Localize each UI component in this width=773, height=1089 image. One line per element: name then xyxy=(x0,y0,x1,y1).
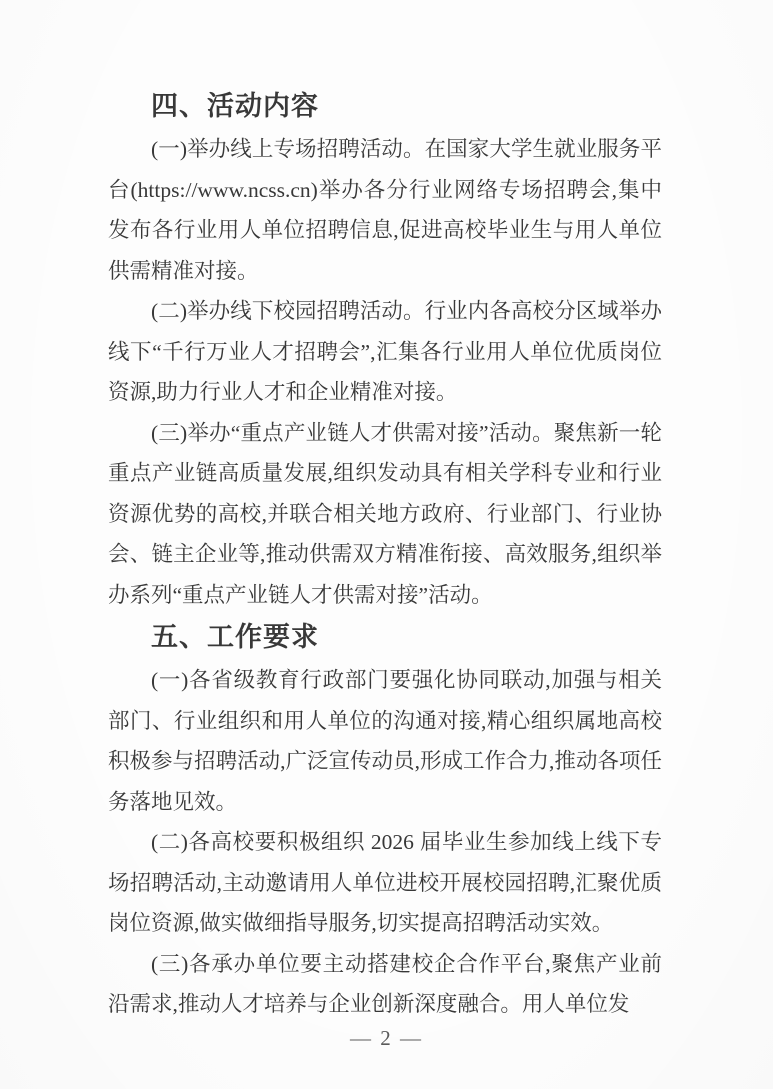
page-number: — 2 — xyxy=(0,1026,773,1051)
para-offline-campus-recruitment: (二)举办线下校园招聘活动。行业内各高校分区域举办线下“千行万业人才招聘会”,汇… xyxy=(108,291,662,413)
section-heading-activity-content: 四、活动内容 xyxy=(151,84,662,129)
document-body: 四、活动内容 (一)举办线上专场招聘活动。在国家大学生就业服务平台(https:… xyxy=(108,84,662,1025)
para-online-special-job-fairs: (一)举办线上专场招聘活动。在国家大学生就业服务平台(https://www.n… xyxy=(108,129,662,291)
para-organizers-school-enterprise-platform: (三)各承办单位要主动搭建校企合作平台,聚焦产业前沿需求,推动人才培养与企业创新… xyxy=(108,944,662,1025)
section-heading-work-requirements: 五、工作要求 xyxy=(151,615,662,660)
document-page: 四、活动内容 (一)举办线上专场招聘活动。在国家大学生就业服务平台(https:… xyxy=(0,0,773,1089)
para-universities-organize-graduates: (二)各高校要积极组织 2026 届毕业生参加线上线下专场招聘活动,主动邀请用人… xyxy=(108,822,662,944)
para-provincial-education-departments: (一)各省级教育行政部门要强化协同联动,加强与相关部门、行业组织和用人单位的沟通… xyxy=(108,660,662,822)
para-key-industry-chain-matching: (三)举办“重点产业链人才供需对接”活动。聚焦新一轮重点产业链高质量发展,组织发… xyxy=(108,413,662,616)
